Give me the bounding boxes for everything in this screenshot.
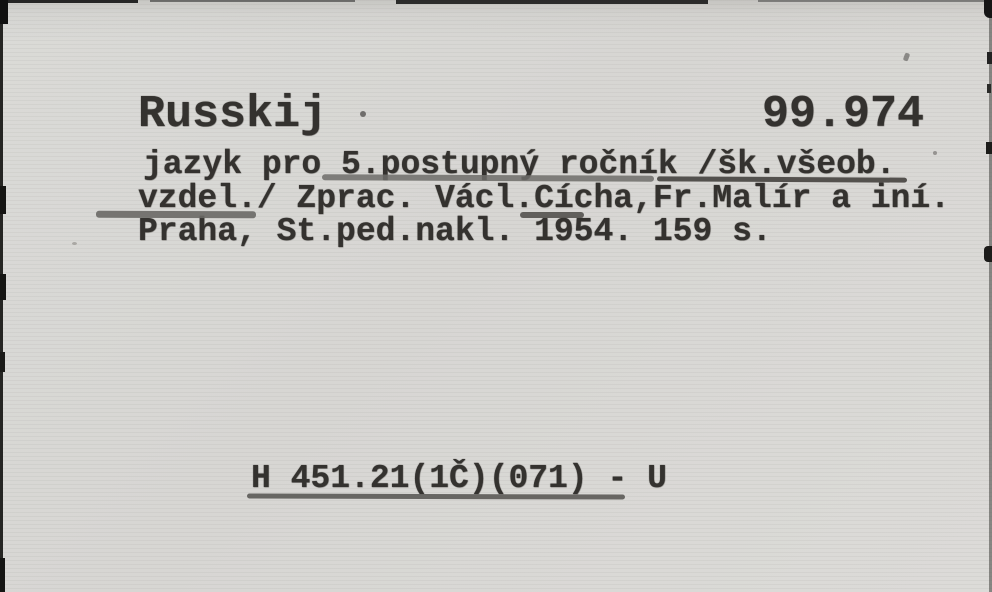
scan-edge-left-notch [0, 352, 5, 372]
call-number: H 451.21(1Č)(071) - U [251, 462, 667, 495]
scan-edge-right-notch [987, 84, 991, 93]
scan-edge-top [150, 0, 355, 2]
ink-speckle [933, 151, 937, 155]
accession-number: 99.974 [762, 92, 924, 137]
underline-vzdel [96, 211, 256, 219]
imprint-line: Praha, St.ped.nakl. 1954. 159 s. [138, 215, 772, 248]
scan-edge-right-notch [986, 142, 992, 154]
scan-edge-right-notch [984, 246, 992, 262]
scan-edge-left-notch [0, 186, 6, 214]
scan-edge-top [396, 0, 708, 4]
scan-edge-top [0, 0, 138, 3]
ink-speckle [72, 242, 77, 245]
overline-year-mark [520, 212, 584, 218]
scan-edge-left-notch [0, 0, 8, 24]
scan-edge-left-notch [0, 558, 5, 592]
stray-dot-after-heading [360, 111, 366, 117]
statement-of-responsibility-line: vzdel./ Zprac. Václ.Cícha,Fr.Malír a iní… [138, 182, 950, 215]
ink-speckle [903, 52, 910, 61]
card-heading: Russkij [138, 92, 327, 137]
underline-call-number [247, 494, 625, 500]
scan-edge-right-notch [984, 0, 992, 18]
scan-edge-left-notch [0, 274, 6, 300]
scan-edge-top [758, 0, 992, 2]
library-catalog-card: Russkij 99.974 jazyk pro 5.postupný ročn… [0, 0, 992, 592]
scan-edge-right-notch [987, 52, 992, 64]
